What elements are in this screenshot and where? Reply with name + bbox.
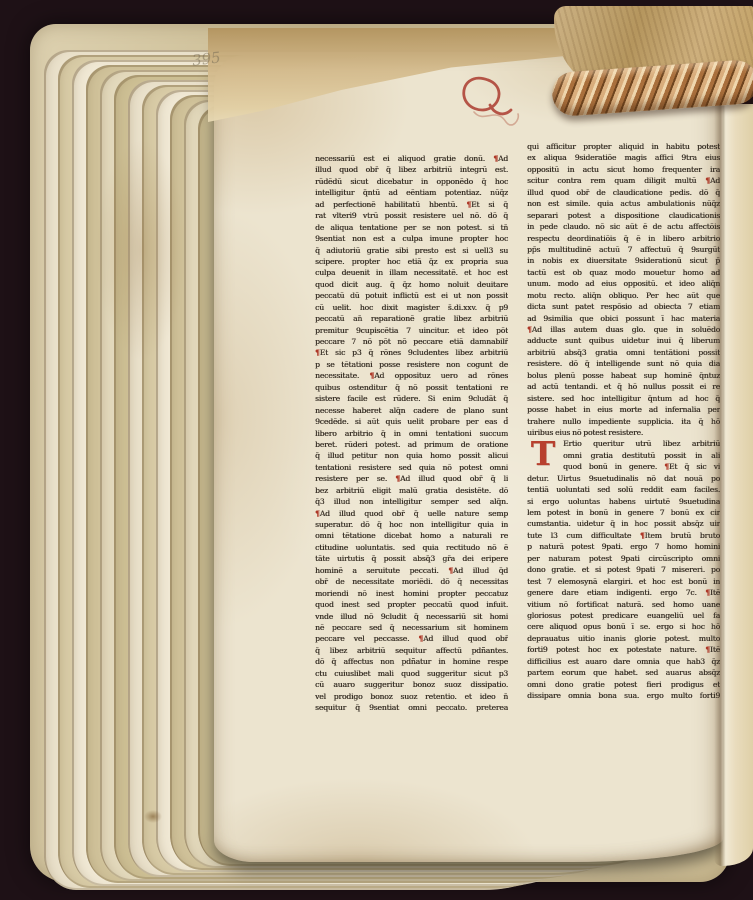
text-line: sequitur q̄ 9sentiat omni peccato. prete… [315, 702, 508, 713]
text-line: test 7 elemosynā elargiri. et hoc est bo… [527, 576, 720, 587]
text-line: trahere nullo impediente supplicia. ita … [527, 416, 720, 427]
text-line: arbitriū absq̄3 gratia omni tentātioni p… [527, 347, 720, 358]
text-line: rat vlteri9 vtrū possit resistere uel nō… [315, 210, 508, 221]
text-line: omni tētatione dicebat homo a naturali r… [315, 530, 508, 541]
pilcrow-rubric: ¶ [395, 474, 400, 483]
pilcrow-rubric: ¶ [664, 462, 669, 471]
text-line: ex aliqua 9sideratiōe magis affici 9tra … [527, 152, 720, 163]
text-line: dissipare omnia bona sua. ergo multo for… [527, 690, 720, 701]
text-line: tute l3 cum difficultate ¶Item brutū bru… [527, 530, 720, 541]
text-line: 9sentiat non est a culpa imune propter h… [315, 233, 508, 244]
text-line: necessariū est ei aliquod gratie donū. ¶… [315, 153, 508, 164]
pilcrow-rubric: ¶ [705, 176, 710, 185]
text-line: cū auaro suggeritur bonoz suoz dissipati… [315, 679, 508, 690]
text-line: ad 9similia que obici possunt ī hac mate… [527, 313, 720, 324]
text-line: q̄ libez arbitriū sequitur affectū pdñan… [315, 645, 508, 656]
text-line: pp̄s multitudinē actuū 7 affectuū q̄ 9su… [527, 244, 720, 255]
stain [96, 140, 186, 360]
text-line: culpa deuenit in illam necessitatē. et h… [315, 267, 508, 278]
text-line: superatur. dō q̄ hoc non intelligitur qu… [315, 519, 508, 530]
text-line: p naturā potest 9pati. ergo 7 homo homin… [527, 541, 720, 552]
text-line: ad actū tentandi. et q̄ hō nullus possit… [527, 381, 720, 392]
text-line: motu recto. aliq̄n obliquo. Per hec aūt … [527, 290, 720, 301]
pilcrow-rubric: ¶ [448, 566, 453, 575]
pilcrow-rubric: ¶ [466, 200, 471, 209]
book-photograph: necessariū est ei aliquod gratie donū. ¶… [0, 0, 753, 900]
text-line: moriendi nō inest homini propter peccatu… [315, 588, 508, 599]
text-line: genere dare etiam indigenti. ergo 7c. ¶I… [527, 587, 720, 598]
text-line: obr̄ de necessitate moriēdi. dō q̄ neces… [315, 576, 508, 587]
text-line: quibus ostenditur q̄ nō possit tentation… [315, 382, 508, 393]
text-line: resistere. dō q̄ intelligende sunt nō qu… [527, 358, 720, 369]
text-line: lem potest in bonū in genere 7 bonū ex c… [527, 507, 720, 518]
text-line: bez arbitriū eligit malū gratia desistēt… [315, 485, 508, 496]
text-line: qui afficitur propter aliquid in habitu … [527, 141, 720, 152]
text-line: tāte uirtutis q̄ possit absq̄3 gr̄a dei … [315, 553, 508, 564]
text-line: detur. Uirtus 9suetudinalis nō dat nouā … [527, 473, 720, 484]
text-line: sistere facile est rūdere. Si enim 9clud… [315, 393, 508, 404]
pencil-foliation: 395 [191, 48, 222, 69]
pilcrow-rubric: ¶ [640, 531, 645, 540]
text-line: dō q̄ affectus non pdñatur in homine res… [315, 656, 508, 667]
text-line: unum. modo ad eius oppositū. et ideo ali… [527, 278, 720, 289]
text-line: necesse haberet alq̄n cadere de plano su… [315, 405, 508, 416]
text-line: necessitate. ¶Ad opposituz uero ad rōnes [315, 370, 508, 381]
text-column-left: necessariū est ei aliquod gratie donū. ¶… [315, 153, 508, 713]
pilcrow-rubric: ¶ [315, 348, 320, 357]
text-line: non est simile. quia actus ambulationis … [527, 198, 720, 209]
text-line: beret. rūderi potest. ad primum de orati… [315, 439, 508, 450]
text-line: per naturam potest 9pati circūscripto om… [527, 553, 720, 564]
text-line: illud quod obr̄ de claudicatione pedis. … [527, 187, 720, 198]
pilcrow-rubric: ¶ [705, 645, 710, 654]
text-line: respectu deordinatiōis q̄ ē in libero ar… [527, 233, 720, 244]
text-line: gloriosus potest predicare euangeliū uel… [527, 610, 720, 621]
text-line: nē peccare sed q̄ necessarium sit homine… [315, 622, 508, 633]
text-line: q̄3 illud non intelligitur semper sed al… [315, 496, 508, 507]
text-line: forti9 potest hoc ex potestate nature. ¶… [527, 644, 720, 655]
text-line: tentiā uoluntati sed solū reddit eam fac… [527, 484, 720, 495]
text-line: tentationi resistere sed quia nō potest … [315, 462, 508, 473]
text-line: premitur 9cupiscētia 7 uincitur. et ideo… [315, 325, 508, 336]
text-line: libero arbitrio q̄ in omni tentationi su… [315, 428, 508, 439]
facing-page-gutter [714, 104, 753, 866]
quire-mark-icon [456, 72, 548, 138]
text-line: peccatū an̄ reparationē gratie libez arb… [315, 313, 508, 324]
text-line: peccare vel peccasse. ¶Ad illud quod obr… [315, 633, 508, 644]
text-line: ¶Et sic p3 q̄ rōnes 9cludentes libez arb… [315, 347, 508, 358]
text-line: vel prodigo bonoz suoz retentio. et ideo… [315, 691, 508, 702]
text-line: ¶Ad illud quod obr̄ q̄ uelle nature semp [315, 508, 508, 519]
text-line: cere aliquod opus bonū ī se. ergo si hoc… [527, 621, 720, 632]
text-line: p se tētationi posse resistere non cogun… [315, 359, 508, 370]
pilcrow-rubric: ¶ [527, 325, 532, 334]
pilcrow-rubric: ¶ [369, 371, 374, 380]
text-line: scitur contra rem quam diligit multū ¶Ad [527, 175, 720, 186]
text-line: posse habet in eius morte ad infernalia … [527, 404, 720, 415]
text-line: ctitudine uoluntatis. sed quia rectitudo… [315, 542, 508, 553]
text-line: ad perfectionē habilitatū hbentū. ¶Et si… [315, 199, 508, 210]
pilcrow-rubric: ¶ [493, 154, 498, 163]
text-line: deprauatus uitio inanis glorie potest. m… [527, 633, 720, 644]
drop-cap-initial: T [525, 437, 561, 471]
open-book-page: necessariū est ei aliquod gratie donū. ¶… [214, 55, 723, 862]
pilcrow-rubric: ¶ [418, 634, 423, 643]
text-line: in pede claudo. nō sic aūt ē de actu aff… [527, 221, 720, 232]
text-line: vnde illud nō 9cludit q̄ necessariū sit … [315, 611, 508, 622]
text-line: q̄ adiutoriū gratie sibi presto est si u… [315, 245, 508, 256]
text-line: 9cedēde. si aūt quis uelit probare per e… [315, 416, 508, 427]
text-line: separari potest a dispositione claudicat… [527, 210, 720, 221]
text-column-right: Tqui afficitur propter aliquid in habitu… [527, 141, 720, 701]
text-line: peccatū dū potuit inflictū est ei ut non… [315, 290, 508, 301]
text-line: si ergo uoluntas habens uirtutē 9suetudi… [527, 496, 720, 507]
text-line: resistere per se. ¶Ad illud quod obr̄ q̄… [315, 473, 508, 484]
text-line: cumstantia. uidetur q̄ in hoc possit abs… [527, 518, 720, 529]
text-line: vitium nō fortificat naturā. sed homo ua… [527, 599, 720, 610]
text-line: sistere. sed hoc intelligitur q̄ntum ad … [527, 393, 720, 404]
text-line: omni dono gratie potest fieri prodigus e… [527, 679, 720, 690]
text-line: rūdēdū sicut dicebatur in opponēdo q̄ ho… [315, 176, 508, 187]
text-line: dono gratie. et si potest 9pati 7 misere… [527, 564, 720, 575]
text-line: hominē a seruitute peccati. ¶Ad illud q̄… [315, 565, 508, 576]
text-line: bolus plenū posse habeat sup hominē q̄nt… [527, 370, 720, 381]
text-line: difficilius est auaro dare omnia que hab… [527, 656, 720, 667]
text-line: cū uelit. hoc dixit magister s̄.di.xxv. … [315, 302, 508, 313]
text-line: quod inest sed propter peccatū quod infu… [315, 599, 508, 610]
text-line: tactū est ob quaz modo mouetur homo ad [527, 267, 720, 278]
text-line: partem eorum que habet. sed auarus absq̄… [527, 667, 720, 678]
pilcrow-rubric: ¶ [705, 588, 710, 597]
text-line: q̄ illud petitur non quia homo possit al… [315, 450, 508, 461]
text-line: scipere. propter hoc etiā q̄z ex propria… [315, 256, 508, 267]
text-line: ¶Ad illas autem duas glo. que in soluēdo [527, 324, 720, 335]
text-line: peccare 7 nō pōt nō peccare etiā damnabi… [315, 336, 508, 347]
text-line: illud quod obr̄ q̄ libez arbitriū integr… [315, 164, 508, 175]
text-line: quod dicit aug. q̄ q̄z homo noluit deuit… [315, 279, 508, 290]
stain [144, 810, 162, 823]
text-line: dicta sunt patet respōsio ad obiecta 7 e… [527, 301, 720, 312]
text-line: oppositū in actu sicut homo frequenter i… [527, 164, 720, 175]
text-line: de aliqua tentatione per se non potest. … [315, 222, 508, 233]
text-line: ctu cuiuslibet mali quod suggeritur sicu… [315, 668, 508, 679]
text-line: in nobis ex diuersitate 9siderationū sic… [527, 255, 720, 266]
text-line: adducte sunt quibus uidetur inui q̄ libe… [527, 335, 720, 346]
pilcrow-rubric: ¶ [315, 509, 320, 518]
text-line: intelligitur q̄ntū ad eēntiam potentiaz.… [315, 187, 508, 198]
